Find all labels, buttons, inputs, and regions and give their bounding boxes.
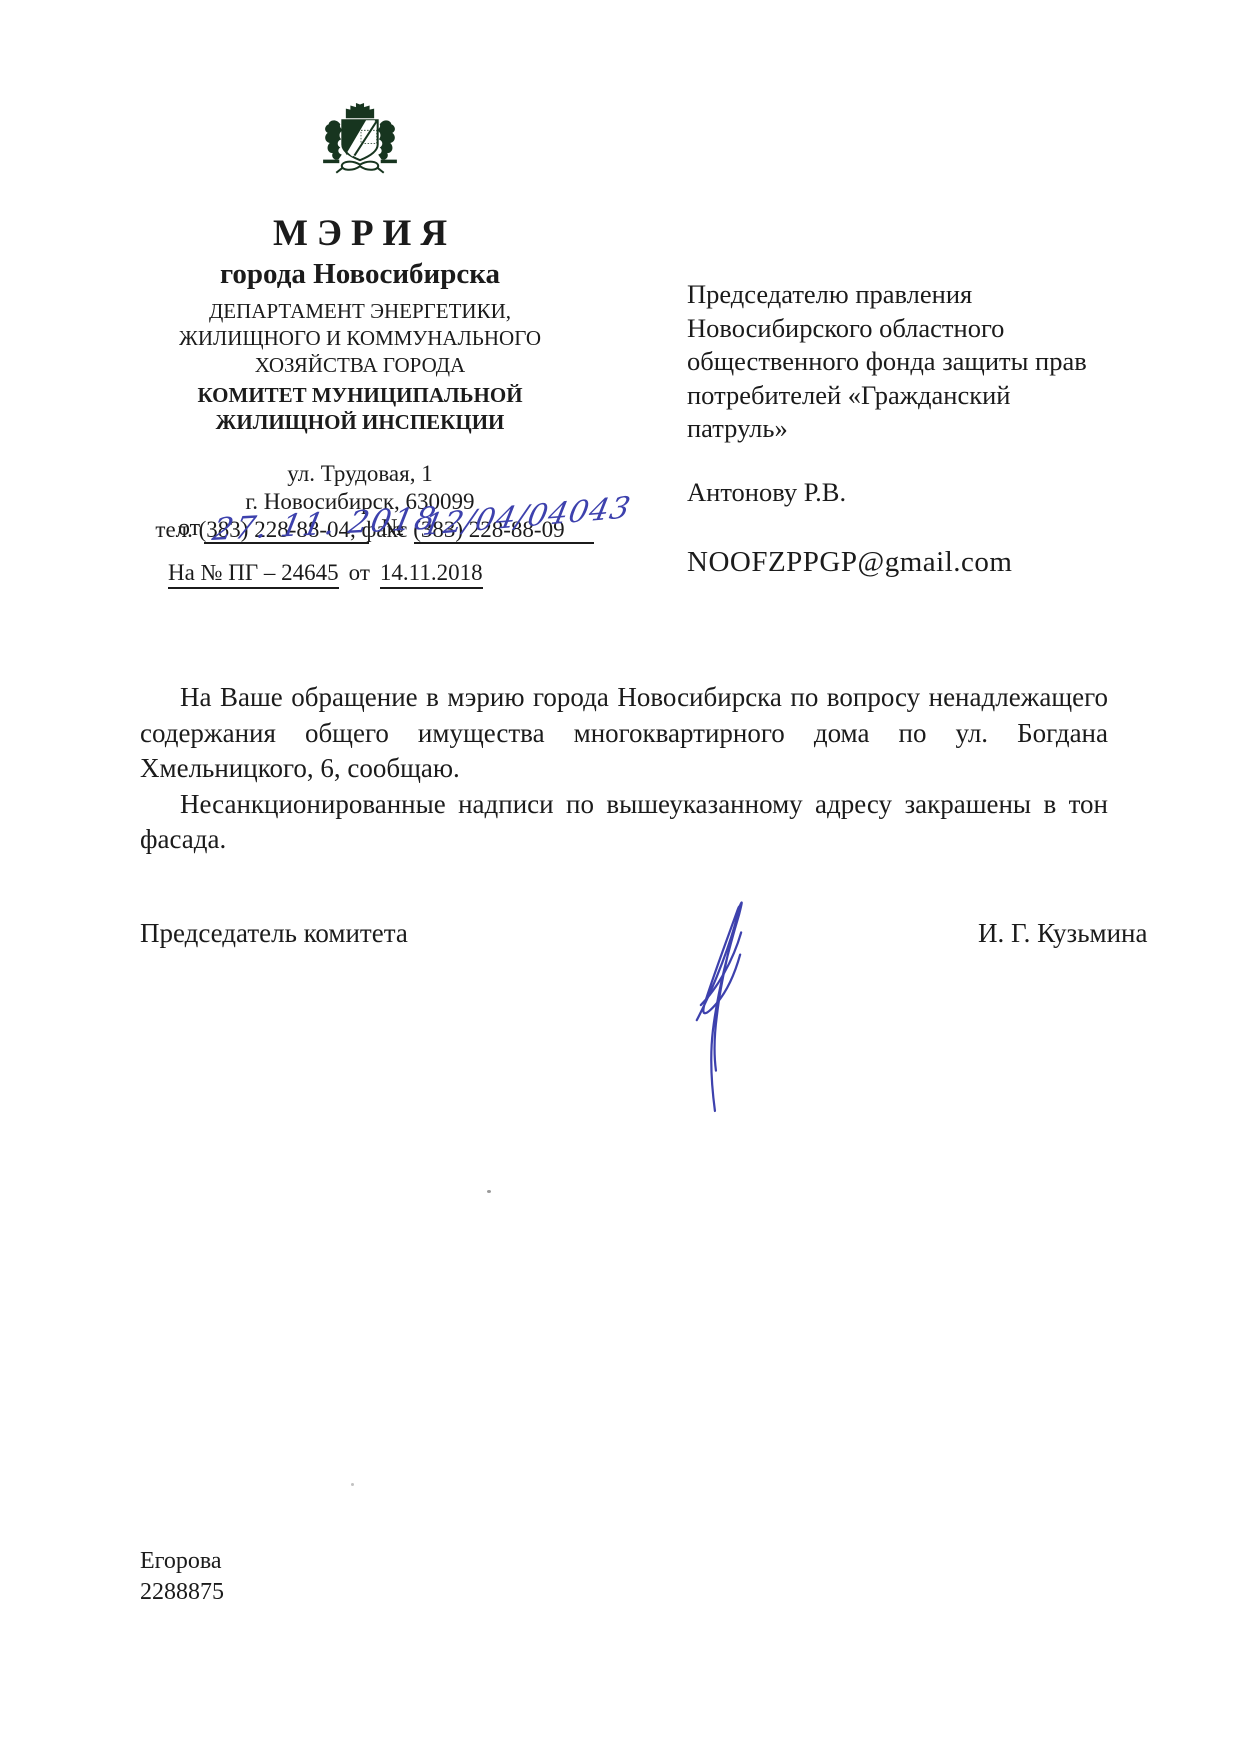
recipient-address-line: общественного фонда защиты прав [687, 345, 1087, 379]
outgoing-number-blank: 12/04/04043 [414, 512, 594, 544]
recipient-address-line: Председателю правления [687, 278, 1087, 312]
handwritten-signature [676, 884, 768, 1116]
executor-block: Егорова 2288875 [140, 1546, 224, 1608]
reference-from-label: от [349, 560, 370, 585]
org-title: МЭРИЯ [120, 212, 600, 255]
recipient-block: Председателю правления Новосибирского об… [687, 278, 1087, 580]
committee-line: ЖИЛИЩНОЙ ИНСПЕКЦИИ [120, 409, 600, 436]
department-line: ЖИЛИЩНОГО И КОММУНАЛЬНОГО [120, 325, 600, 352]
committee-line: КОМИТЕТ МУНИЦИПАЛЬНОЙ [120, 382, 600, 409]
department-line: ХОЗЯЙСТВА ГОРОДА [120, 352, 600, 379]
letter-body: На Ваше обращение в мэрию города Новосиб… [140, 680, 1108, 858]
committee-name: КОМИТЕТ МУНИЦИПАЛЬНОЙ ЖИЛИЩНОЙ ИНСПЕКЦИИ [120, 382, 600, 436]
org-subtitle: города Новосибирска [120, 258, 600, 291]
body-paragraph-2: Несанкционированные надписи по вышеуказа… [140, 787, 1108, 858]
executor-name: Егорова [140, 1546, 224, 1577]
scan-speck [351, 1483, 354, 1486]
incoming-reference-date: 14.11.2018 [380, 560, 483, 589]
department-line: ДЕПАРТАМЕНТ ЭНЕРГЕТИКИ, [120, 298, 600, 325]
incoming-reference-row: На № ПГ – 24645от14.11.2018 [168, 560, 483, 586]
incoming-reference-number: На № ПГ – 24645 [168, 560, 339, 589]
signer-position-title: Председатель комитета [140, 918, 408, 949]
recipient-name: Антонову Р.В. [687, 476, 1087, 510]
scanned-letter-page: МЭРИЯ города Новосибирска ДЕПАРТАМЕНТ ЭН… [0, 0, 1240, 1753]
recipient-address-line: Новосибирского областного [687, 312, 1087, 346]
scan-speck [487, 1190, 491, 1193]
recipient-address-line: патруль» [687, 412, 1087, 446]
recipient-address-line: потребителей «Гражданский [687, 379, 1087, 413]
recipient-email: NOOFZPPGP@gmail.com [687, 546, 1087, 580]
executor-phone: 2288875 [140, 1577, 224, 1608]
outgoing-from-label: от [178, 515, 200, 541]
department-name: ДЕПАРТАМЕНТ ЭНЕРГЕТИКИ, ЖИЛИЩНОГО И КОММ… [120, 298, 600, 379]
novosibirsk-coat-of-arms-icon [316, 100, 404, 196]
letterhead: МЭРИЯ города Новосибирска ДЕПАРТАМЕНТ ЭН… [120, 100, 600, 544]
outgoing-date-blank: 27. 11. 2018 [204, 512, 369, 544]
outgoing-number-row: от27. 11. 2018№12/04/04043 [178, 512, 594, 544]
street-address: ул. Трудовая, 1 [120, 460, 600, 488]
body-paragraph-1: На Ваше обращение в мэрию города Новосиб… [140, 680, 1108, 787]
signer-name: И. Г. Кузьмина [978, 918, 1148, 949]
